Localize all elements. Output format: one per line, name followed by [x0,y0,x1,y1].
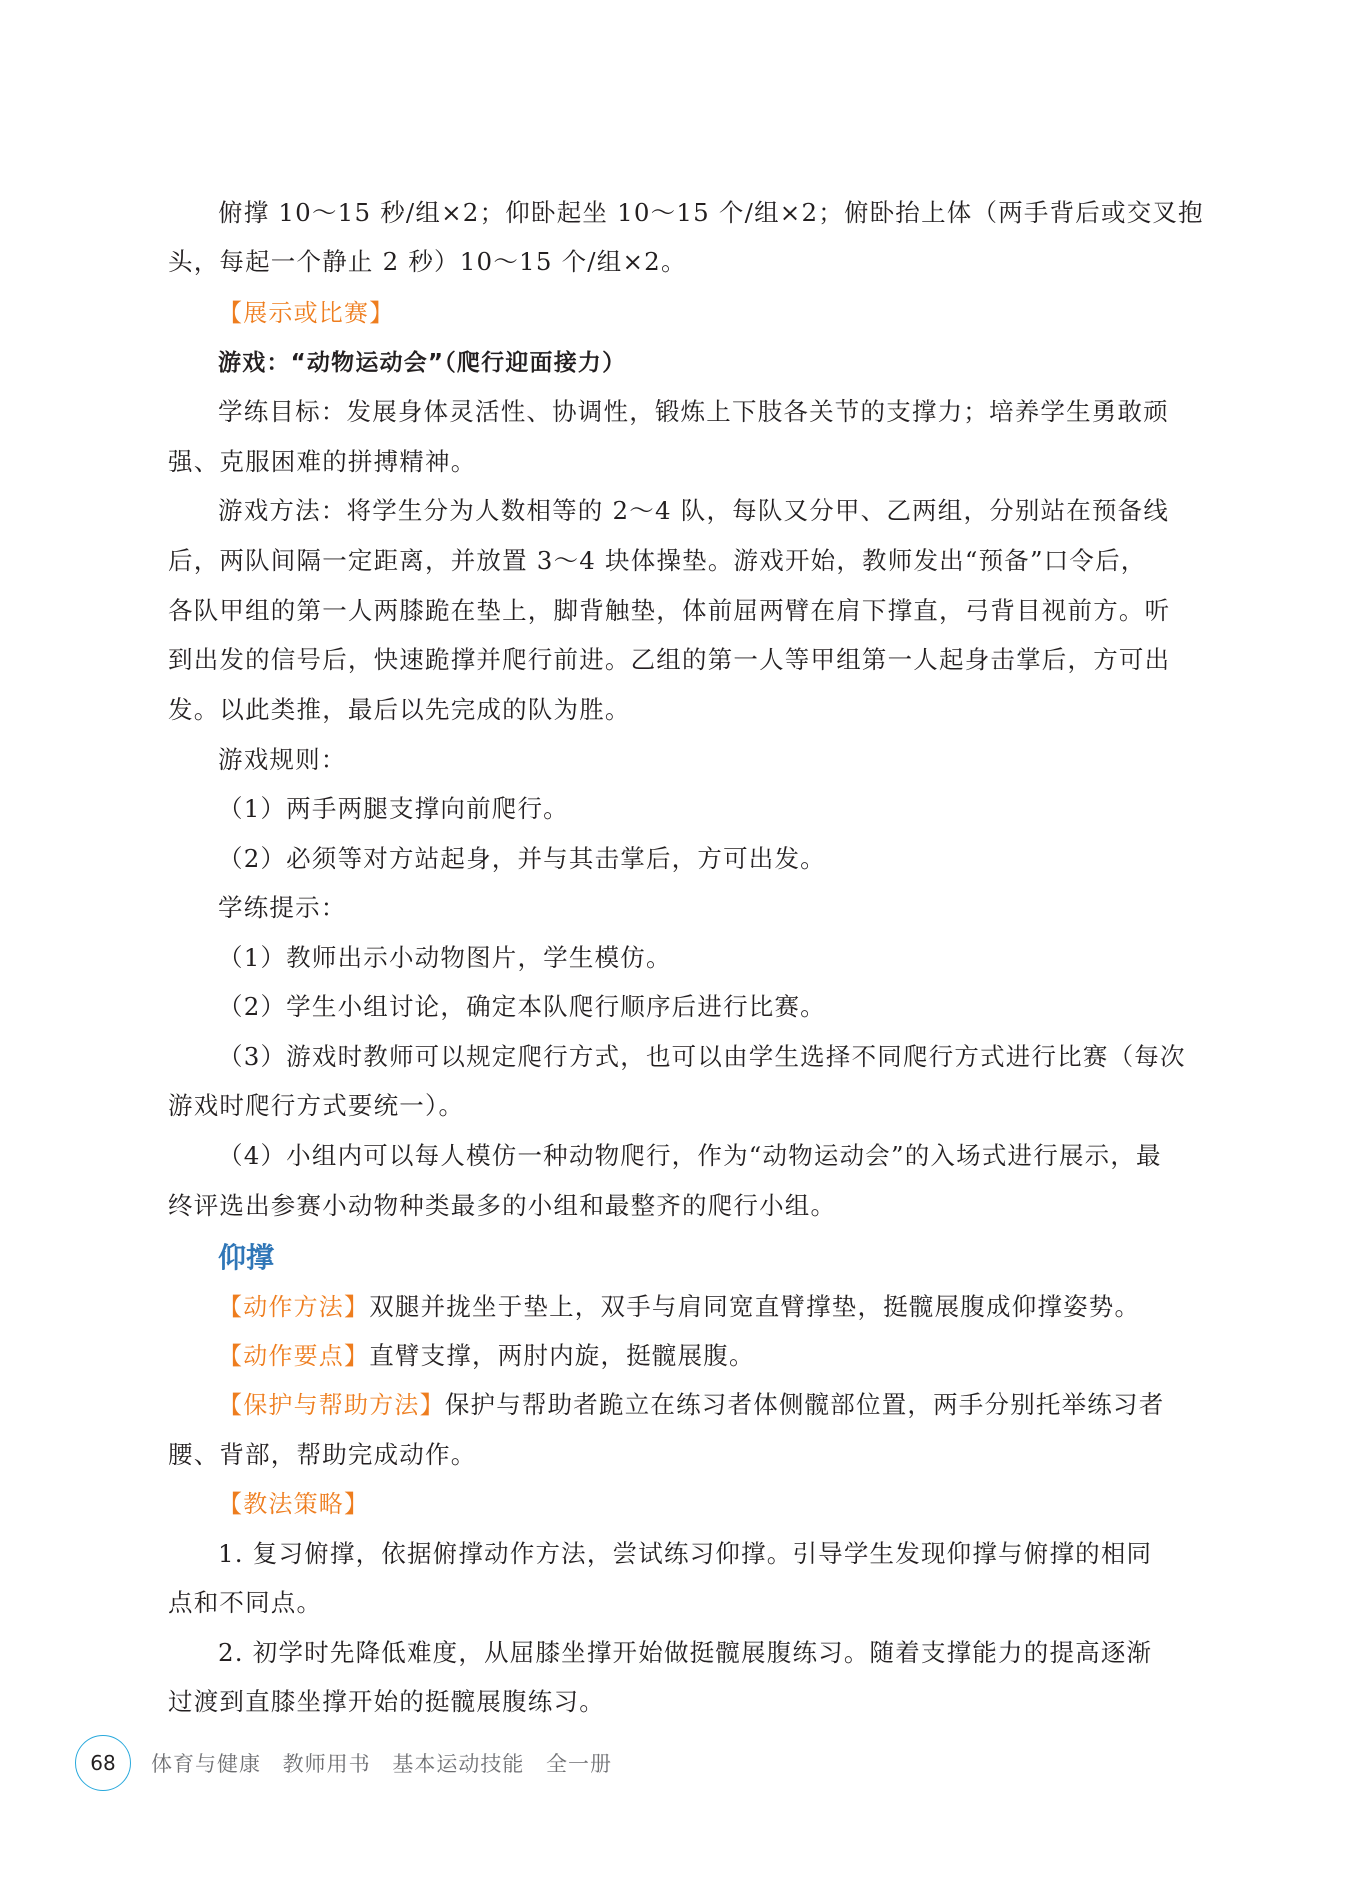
page-number: 68 [75,1735,131,1791]
rule-item: （2）必须等对方站起身，并与其击掌后，方可出发。 [218,842,1248,876]
tip-item: 终评选出参赛小动物种类最多的小组和最整齐的爬行小组。 [168,1189,1198,1223]
tip-item: （2）学生小组讨论，确定本队爬行顺序后进行比赛。 [218,990,1248,1024]
action-points-tag: 【动作要点】 [218,1342,369,1370]
rule-item: （1）两手两腿支撑向前爬行。 [218,792,1248,826]
section-tag-show: 【展示或比赛】 [218,296,1248,330]
body-text: 各队甲组的第一人两膝跪在垫上，脚背触垫，体前屈两臂在肩下撑直，弓背目视前方。听 [168,594,1198,628]
strategy-item: 2. 初学时先降低难度，从屈膝坐撑开始做挺髋展腹练习。随着支撑能力的提高逐渐 [218,1636,1248,1670]
body-text: 强、克服困难的拼搏精神。 [168,445,1198,479]
body-text: 后，两队间隔一定距离，并放置 3～4 块体操垫。游戏开始，教师发出“预备”口令后… [168,544,1198,578]
body-text: 到出发的信号后，快速跪撑并爬行前进。乙组的第一人等甲组第一人起身击掌后，方可出 [168,643,1198,677]
tip-item: 游戏时爬行方式要统一）。 [168,1089,1198,1123]
tip-item: （1）教师出示小动物图片，学生模仿。 [218,941,1248,975]
action-method-text: 双腿并拢坐于垫上，双手与肩同宽直臂撑垫，挺髋展腹成仰撑姿势。 [369,1292,1140,1321]
body-text: 游戏方法：将学生分为人数相等的 2～4 队，每队又分甲、乙两组，分别站在预备线 [218,494,1248,528]
body-text: 腰、背部，帮助完成动作。 [168,1438,1198,1472]
tip-item: （4）小组内可以每人模仿一种动物爬行，作为“动物运动会”的入场式进行展示，最 [218,1139,1248,1173]
page-footer: 68 体育与健康 教师用书 基本运动技能 全一册 [75,1735,612,1791]
body-text: 发。以此类推，最后以先完成的队为胜。 [168,693,1198,727]
game-title: 游戏：“动物运动会”（爬行迎面接力） [218,346,1248,380]
tip-item: （3）游戏时教师可以规定爬行方式，也可以由学生选择不同爬行方式进行比赛（每次 [218,1040,1248,1074]
strategy-item: 点和不同点。 [168,1586,1198,1620]
action-points-text: 直臂支撑，两肘内旋，挺髋展腹。 [369,1341,755,1370]
strategy-item: 1. 复习俯撑，依据俯撑动作方法，尝试练习仰撑。引导学生发现仰撑与俯撑的相同 [218,1537,1248,1571]
strategy-tag: 【教法策略】 [218,1487,1248,1521]
document-page: 俯撑 10～15 秒/组×2；仰卧起坐 10～15 个/组×2；俯卧抬上体（两手… [0,0,1359,1891]
action-method-tag: 【动作方法】 [218,1293,369,1321]
protect-tag: 【保护与帮助方法】 [218,1391,445,1419]
body-text: 学练目标：发展身体灵活性、协调性，锻炼上下肢各关节的支撑力；培养学生勇敢顽 [218,395,1248,429]
rules-title: 游戏规则： [218,743,1248,777]
strategy-item: 过渡到直膝坐撑开始的挺髋展腹练习。 [168,1685,1198,1719]
book-title: 体育与健康 教师用书 基本运动技能 全一册 [151,1748,612,1778]
action-points: 【动作要点】直臂支撑，两肘内旋，挺髋展腹。 [218,1339,1248,1373]
section-title: 仰撑 [218,1236,274,1276]
body-text: 头，每起一个静止 2 秒）10～15 个/组×2。 [168,245,1198,279]
tips-title: 学练提示： [218,891,1248,925]
body-text: 俯撑 10～15 秒/组×2；仰卧起坐 10～15 个/组×2；俯卧抬上体（两手… [218,196,1248,230]
protect-text: 保护与帮助者跪立在练习者体侧髋部位置，两手分别托举练习者 [445,1390,1165,1419]
action-method: 【动作方法】双腿并拢坐于垫上，双手与肩同宽直臂撑垫，挺髋展腹成仰撑姿势。 [218,1290,1248,1324]
protect-method: 【保护与帮助方法】保护与帮助者跪立在练习者体侧髋部位置，两手分别托举练习者 [218,1388,1248,1422]
